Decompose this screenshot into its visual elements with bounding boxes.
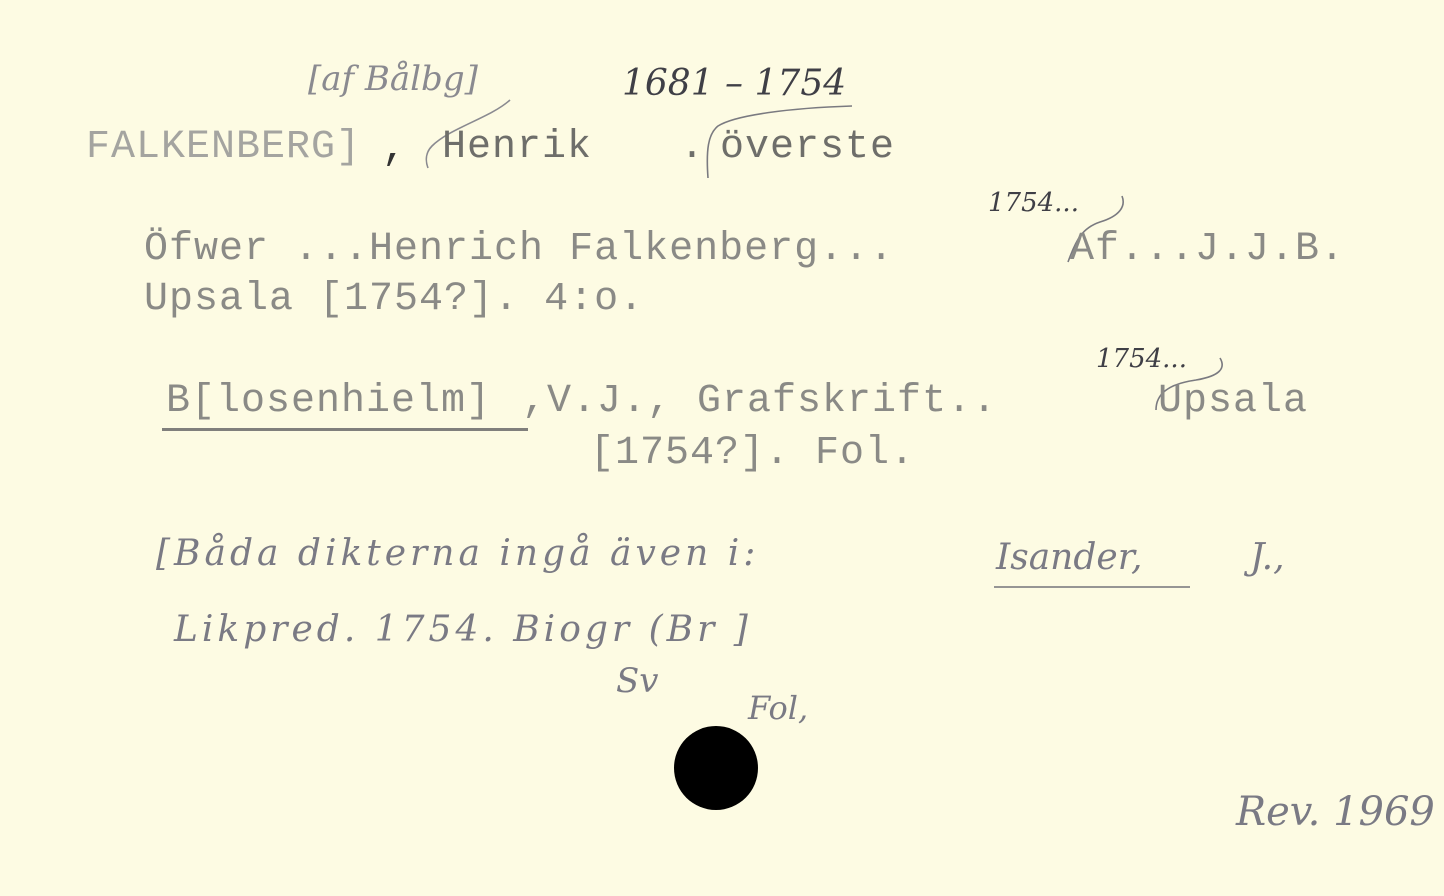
entry-1-title-line: Öfwer ...Henrich Falkenberg... xyxy=(144,230,894,270)
life-dates: 1681 – 1754 xyxy=(622,66,846,102)
catalog-card: [af Bålbg] 1681 – 1754 FALKENBERG] , Hen… xyxy=(0,0,1444,896)
alt-name-note: [af Bålbg] xyxy=(308,62,478,96)
note-line-3-left: Sv xyxy=(616,664,659,698)
note-line-1: [Båda dikterna ingå även i: xyxy=(156,536,759,572)
entry-2-author: B[losenhielm] xyxy=(166,382,491,422)
note-line-2: Likpred. 1754. Biogr (Br ] xyxy=(174,612,752,648)
entry-1-title-line-tail: Af...J.J.B. xyxy=(1070,230,1345,270)
entry-1-date-annotation: 1754... xyxy=(988,190,1079,216)
note-line-1-reference: Isander, xyxy=(996,540,1142,576)
note-line-1-end: J., xyxy=(1250,540,1285,576)
note-reference-underline xyxy=(994,586,1190,588)
entry-2-author-underline xyxy=(162,428,528,431)
note-line-3-right: Fol, xyxy=(748,692,808,724)
punch-hole xyxy=(674,726,758,810)
heading-surname: FALKENBERG] xyxy=(86,128,361,168)
entry-2-date-annotation: 1754... xyxy=(1096,346,1187,372)
revision-note: Rev. 1969 xyxy=(1236,792,1435,832)
heading-comma: , xyxy=(382,130,407,170)
heading-title: överste xyxy=(720,128,895,168)
heading-separator: . xyxy=(680,128,705,168)
entry-2-imprint-line: [1754?]. Fol. xyxy=(590,434,915,474)
entry-2-title-line: ,V.J., Grafskrift.. xyxy=(522,382,997,422)
entry-1-imprint-line: Upsala [1754?]. 4:o. xyxy=(144,280,644,320)
heading-forename: Henrik xyxy=(442,128,592,168)
entry-2-title-line-tail: Upsala xyxy=(1158,382,1308,422)
